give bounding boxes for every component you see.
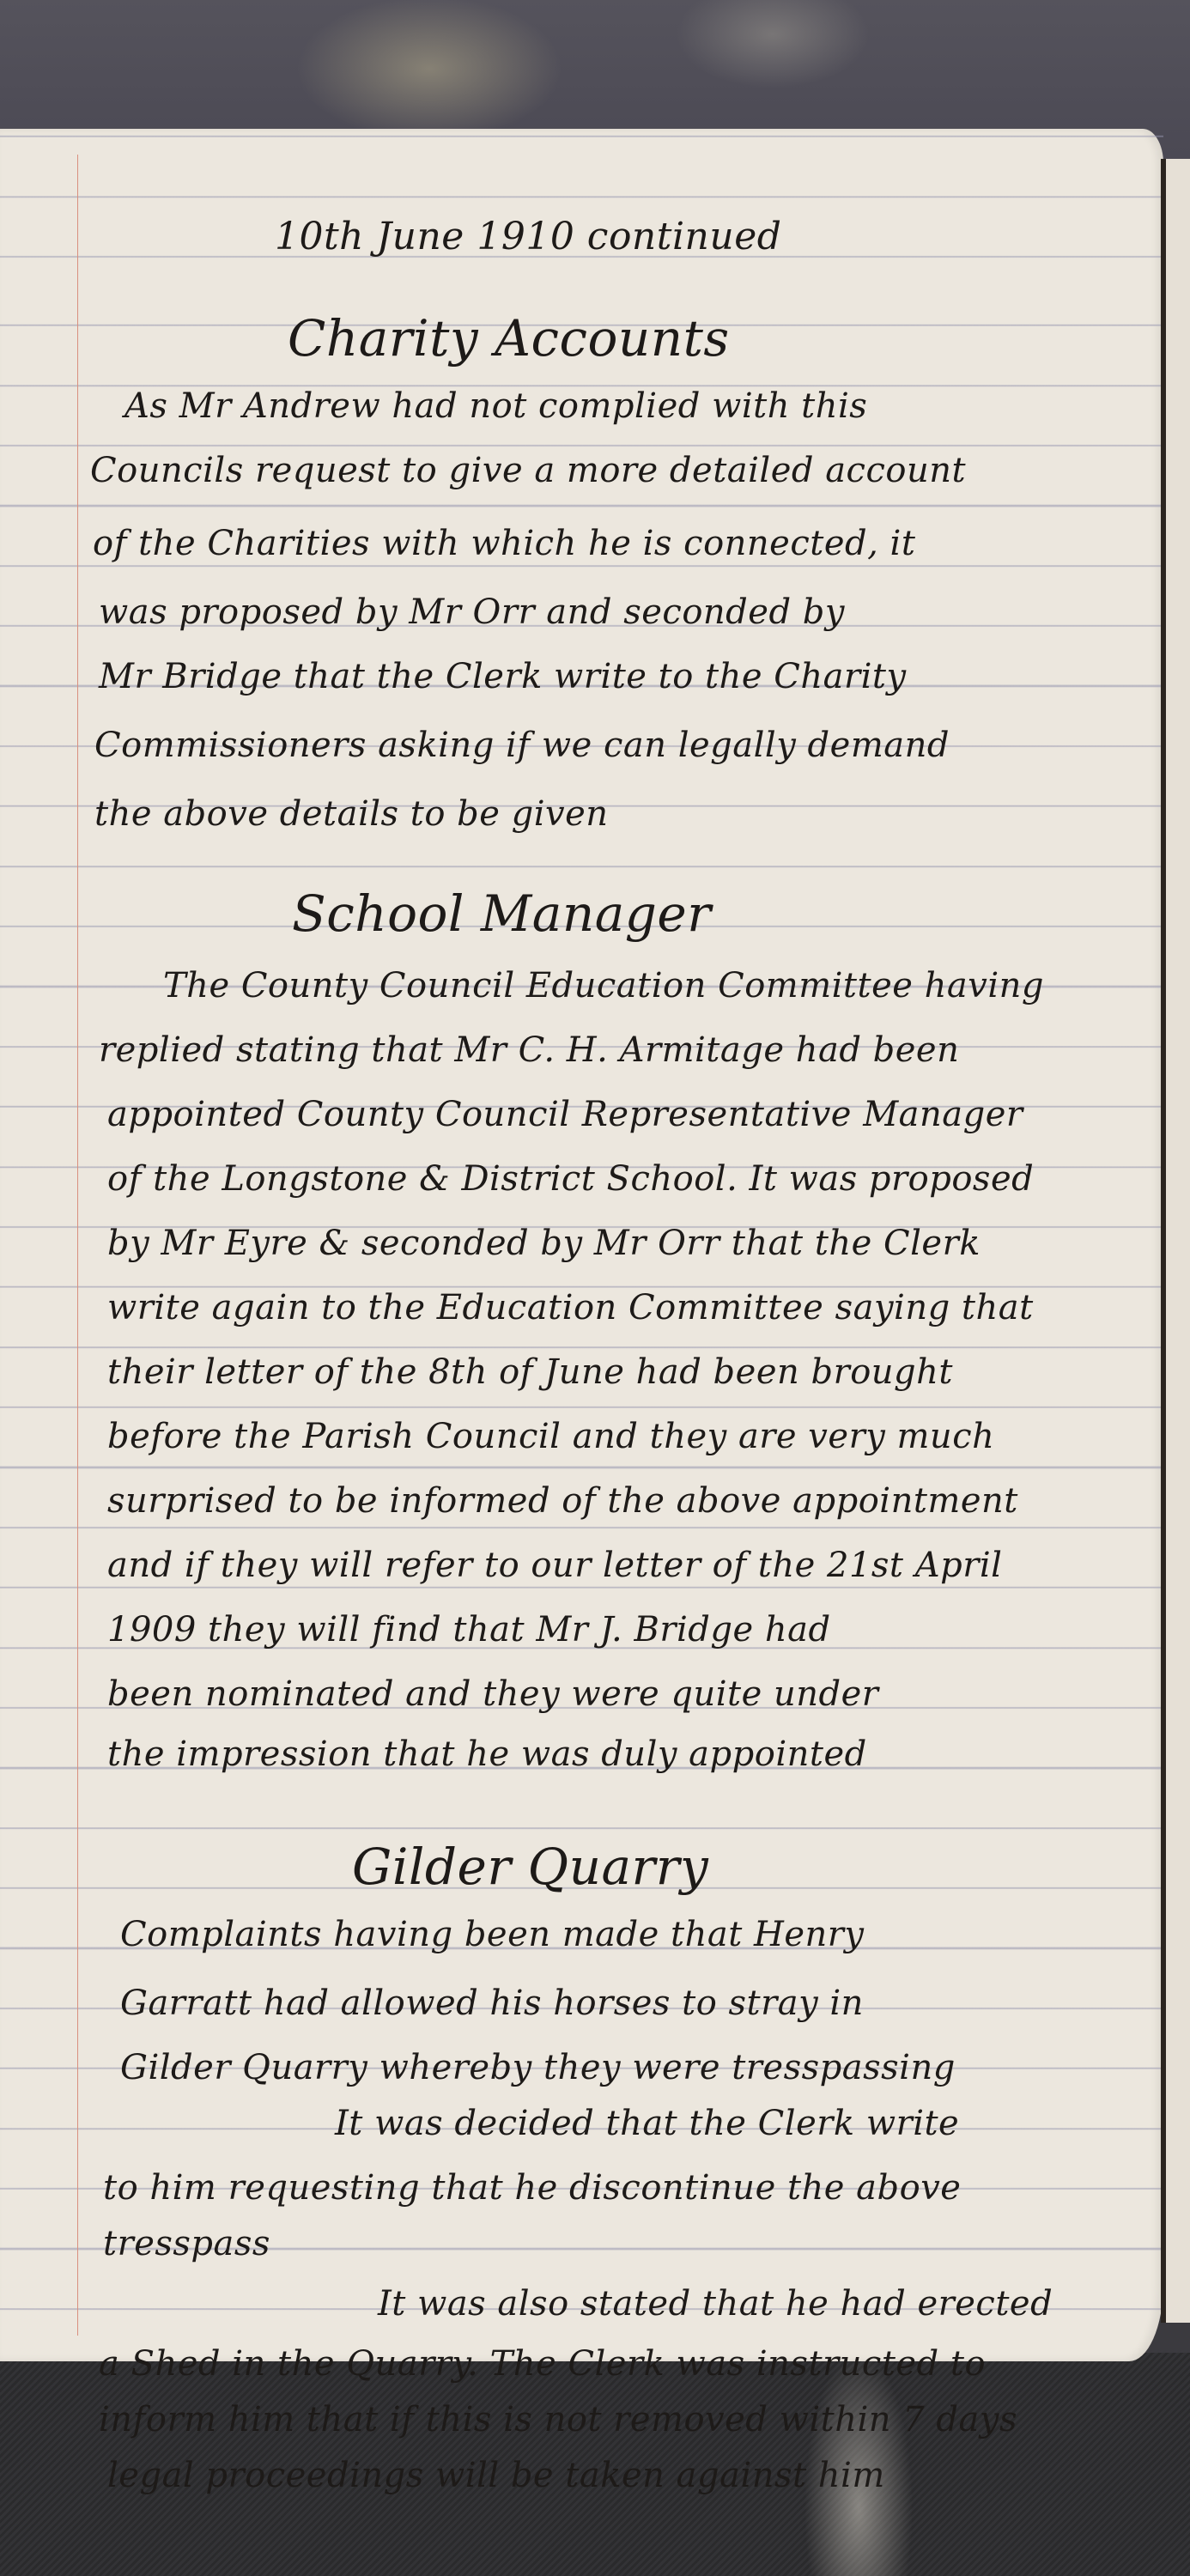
text-line: As Mr Andrew had not complied with this bbox=[124, 386, 867, 426]
text-line: Mr Bridge that the Clerk write to the Ch… bbox=[99, 657, 907, 696]
section-heading-gilder-quarry: Gilder Quarry bbox=[352, 1838, 708, 1896]
text-line: appointed County Council Representative … bbox=[107, 1095, 1023, 1134]
text-line: before the Parish Council and they are v… bbox=[107, 1417, 994, 1456]
text-line: 1909 they will find that Mr J. Bridge ha… bbox=[107, 1610, 831, 1649]
text-line: surprised to be informed of the above ap… bbox=[107, 1481, 1018, 1521]
text-line: of the Charities with which he is connec… bbox=[93, 524, 915, 563]
text-line: replied stating that Mr C. H. Armitage h… bbox=[99, 1030, 959, 1070]
text-line: inform him that if this is not removed w… bbox=[99, 2400, 1017, 2439]
text-line: tresspass bbox=[103, 2224, 270, 2263]
text-line: and if they will refer to our letter of … bbox=[107, 1546, 1002, 1585]
date-heading: 10th June 1910 continued bbox=[275, 215, 781, 258]
text-line: Councils request to give a more detailed… bbox=[90, 451, 966, 490]
text-line: Garratt had allowed his horses to stray … bbox=[120, 1984, 864, 2023]
text-line: The County Council Education Committee h… bbox=[163, 966, 1044, 1005]
text-line: It was decided that the Clerk write bbox=[335, 2104, 959, 2143]
text-line: their letter of the 8th of June had been… bbox=[107, 1352, 953, 1392]
text-line: Gilder Quarry whereby they were tresspas… bbox=[120, 2048, 956, 2087]
adjacent-page-edge bbox=[1166, 159, 1190, 2323]
text-line: It was also stated that he had erected bbox=[378, 2284, 1053, 2324]
text-line: a Shed in the Quarry. The Clerk was inst… bbox=[99, 2344, 986, 2384]
text-line: to him requesting that he discontinue th… bbox=[103, 2168, 961, 2208]
text-line: Complaints having been made that Henry bbox=[120, 1915, 865, 1954]
text-line: write again to the Education Committee s… bbox=[107, 1288, 1034, 1327]
page-binding-edge bbox=[1161, 159, 1166, 2323]
text-line: been nominated and they were quite under bbox=[107, 1674, 878, 1714]
text-line: of the Longstone & District School. It w… bbox=[107, 1159, 1034, 1199]
text-line: the impression that he was duly appointe… bbox=[107, 1735, 867, 1774]
text-line: by Mr Eyre & seconded by Mr Orr that the… bbox=[107, 1224, 981, 1263]
section-heading-charity-accounts: Charity Accounts bbox=[288, 309, 730, 368]
red-margin-line bbox=[77, 155, 78, 2336]
text-line: was proposed by Mr Orr and seconded by bbox=[99, 592, 845, 632]
text-line: the above details to be given bbox=[94, 794, 609, 834]
minute-book-page: 10th June 1910 continued Charity Account… bbox=[0, 129, 1163, 2361]
section-heading-school-manager: School Manager bbox=[292, 884, 711, 943]
text-line: Commissioners asking if we can legally d… bbox=[94, 726, 950, 765]
text-line: legal proceedings will be taken against … bbox=[107, 2456, 885, 2495]
